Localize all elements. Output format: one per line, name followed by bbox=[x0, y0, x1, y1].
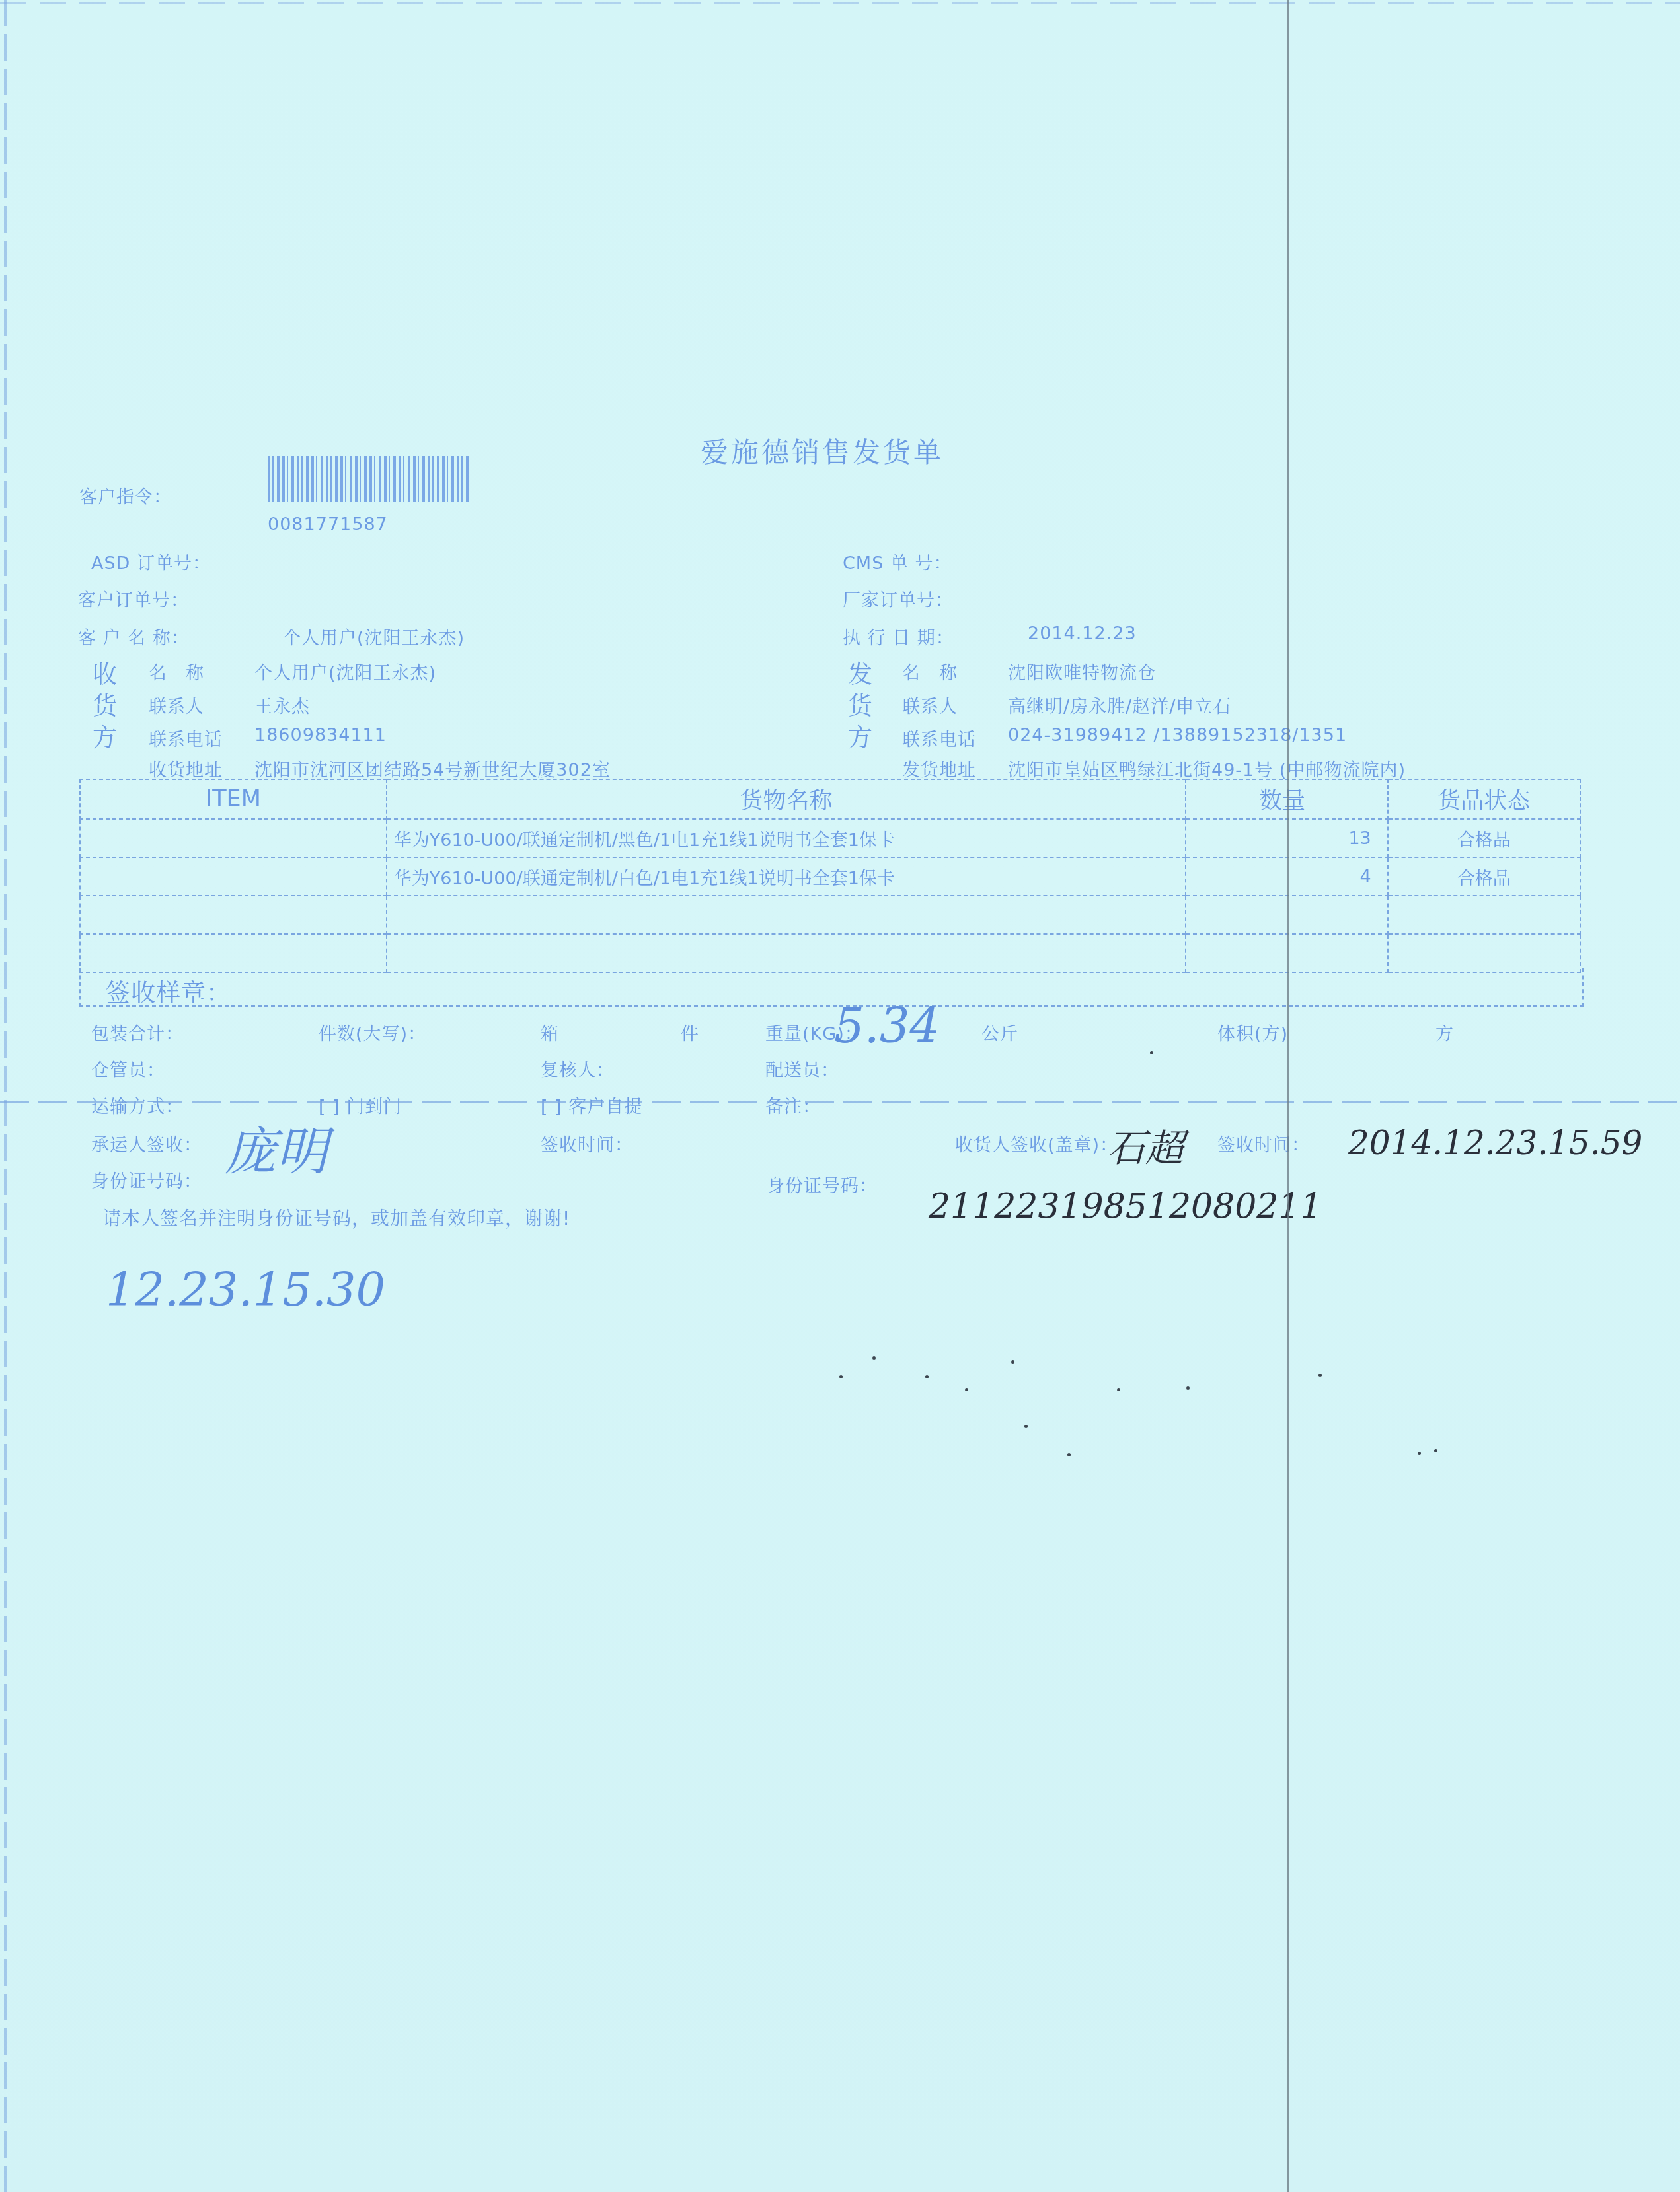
sender-phone-value: 024-31989412 /13889152318/1351 bbox=[1008, 725, 1347, 746]
receiver-id-label: 身份证号码： bbox=[767, 1171, 878, 1197]
speck bbox=[1318, 1374, 1322, 1377]
sign-sample-row bbox=[79, 968, 1584, 1007]
carrier-signature: 庞明 bbox=[225, 1111, 328, 1185]
remark-label: 备注： bbox=[765, 1092, 821, 1118]
speck bbox=[925, 1375, 929, 1378]
box-label: 箱 bbox=[541, 1019, 559, 1045]
table-row bbox=[80, 896, 1580, 934]
row-status bbox=[1388, 934, 1580, 972]
barcode-label: 客户指令： bbox=[79, 483, 172, 508]
receiver-contact-value: 王永杰 bbox=[254, 692, 310, 718]
speck bbox=[839, 1375, 843, 1378]
table-row: 华为Y610-U00/联通定制机/黑色/1电1充1线1说明书全套1保卡 13 合… bbox=[80, 819, 1580, 857]
exec-date-label: 执 行 日 期： bbox=[843, 623, 954, 649]
warehouse-label: 仓管员： bbox=[91, 1056, 165, 1081]
goods-table-header: ITEM 货物名称 数量 货品状态 bbox=[80, 779, 1580, 819]
speck bbox=[965, 1388, 968, 1391]
sender-side-char-2: 货 bbox=[848, 686, 873, 722]
carrier-id-label: 身份证号码： bbox=[91, 1167, 202, 1193]
receiver-side-char-3: 方 bbox=[93, 718, 118, 754]
row-item bbox=[80, 896, 387, 934]
sign-sample-label: 签收样章： bbox=[106, 973, 231, 1009]
barcode-image bbox=[268, 456, 469, 502]
volume-unit: 方 bbox=[1435, 1019, 1454, 1045]
transport-label: 运输方式： bbox=[91, 1092, 184, 1118]
row-status: 合格品 bbox=[1388, 857, 1580, 896]
perforation-top bbox=[0, 2, 1680, 4]
sender-side-char-3: 方 bbox=[848, 718, 873, 754]
factory-order-label: 厂家订单号： bbox=[843, 586, 954, 611]
receiver-address-value: 沈阳市沈河区团结路54号新世纪大厦302室 bbox=[254, 756, 611, 781]
row-status: 合格品 bbox=[1388, 819, 1580, 857]
receiver-sign-label: 收货人签收(盖章)： bbox=[955, 1130, 1118, 1156]
speck bbox=[1150, 1051, 1153, 1054]
receiver-name-label: 名 称 bbox=[149, 658, 204, 684]
perforation-left bbox=[4, 0, 7, 2192]
pack-total-label: 包装合计： bbox=[91, 1019, 184, 1045]
header-item: ITEM bbox=[80, 779, 387, 819]
vertical-fold-line bbox=[1287, 0, 1289, 2192]
row-goods-name: 华为Y610-U00/联通定制机/黑色/1电1充1线1说明书全套1保卡 bbox=[387, 819, 1186, 857]
speck bbox=[1024, 1425, 1028, 1428]
receiver-side-char-2: 货 bbox=[93, 686, 118, 722]
document-title: 爱施德销售发货单 bbox=[701, 431, 944, 471]
barcode-number: 0081771587 bbox=[268, 514, 388, 535]
speck bbox=[872, 1356, 876, 1360]
receiver-sign-time-label: 签收时间： bbox=[1217, 1130, 1310, 1156]
receiver-signature: 石超 bbox=[1107, 1117, 1184, 1173]
receiver-contact-label: 联系人 bbox=[149, 692, 204, 718]
row-goods-name bbox=[387, 934, 1186, 972]
customer-pickup-option[interactable]: [ ] 客户自提 bbox=[541, 1092, 642, 1118]
row-item bbox=[80, 934, 387, 972]
horizontal-fold-line bbox=[0, 1101, 1680, 1103]
receiver-address-label: 收货地址 bbox=[149, 756, 223, 781]
table-row: 华为Y610-U00/联通定制机/白色/1电1充1线1说明书全套1保卡 4 合格… bbox=[80, 857, 1580, 896]
row-item bbox=[80, 819, 387, 857]
customer-name-value: 个人用户(沈阳王永杰) bbox=[283, 623, 465, 649]
row-goods-name: 华为Y610-U00/联通定制机/白色/1电1充1线1说明书全套1保卡 bbox=[387, 857, 1186, 896]
speck bbox=[1067, 1453, 1071, 1456]
sender-name-label: 名 称 bbox=[902, 658, 958, 684]
signature-notice: 请本人签名并注明身份证号码，或加盖有效印章，谢谢! bbox=[102, 1204, 570, 1231]
header-goods-name: 货物名称 bbox=[387, 779, 1186, 819]
table-row bbox=[80, 934, 1580, 972]
receiver-id-value: 211223198512080211 bbox=[929, 1187, 1322, 1226]
kg-label: 公斤 bbox=[981, 1019, 1018, 1045]
speck bbox=[1186, 1386, 1190, 1390]
carrier-sign-time-label: 签收时间： bbox=[541, 1130, 633, 1156]
volume-label: 体积(方) bbox=[1217, 1019, 1288, 1045]
row-item bbox=[80, 857, 387, 896]
delivery-label: 配送员： bbox=[765, 1056, 839, 1081]
speck bbox=[1117, 1388, 1120, 1391]
reviewer-label: 复核人： bbox=[541, 1056, 615, 1081]
receiver-name-value: 个人用户(沈阳王永杰) bbox=[254, 658, 436, 684]
handwritten-time: 12.23.15.30 bbox=[106, 1263, 385, 1317]
row-status bbox=[1388, 896, 1580, 934]
goods-table: ITEM 货物名称 数量 货品状态 华为Y610-U00/联通定制机/黑色/1电… bbox=[79, 779, 1581, 973]
speck bbox=[1434, 1449, 1437, 1452]
row-goods-name bbox=[387, 896, 1186, 934]
customer-order-label: 客户订单号： bbox=[78, 586, 189, 611]
pieces-upper-label: 件数(大写)： bbox=[319, 1019, 426, 1045]
customer-name-label: 客 户 名 称： bbox=[78, 623, 190, 649]
speck bbox=[1418, 1452, 1421, 1455]
door-to-door-option[interactable]: [ ] 门到门 bbox=[319, 1092, 402, 1118]
sender-name-value: 沈阳欧唯特物流仓 bbox=[1008, 658, 1156, 684]
exec-date-value: 2014.12.23 bbox=[1028, 623, 1137, 644]
sender-side-char-1: 发 bbox=[848, 654, 873, 690]
cms-label: CMS 单 号： bbox=[843, 549, 952, 574]
receiver-phone-value: 18609834111 bbox=[254, 725, 387, 746]
piece-label: 件 bbox=[681, 1019, 699, 1045]
speck bbox=[1011, 1360, 1014, 1364]
receiver-sign-time-value: 2014.12.23.15.59 bbox=[1348, 1124, 1642, 1162]
weight-handwritten: 5.34 bbox=[834, 998, 940, 1054]
header-status: 货品状态 bbox=[1388, 779, 1580, 819]
asd-order-label: ASD 订单号： bbox=[91, 549, 211, 574]
paper-background bbox=[0, 0, 1680, 2192]
sender-contact-value: 高继明/房永胜/赵洋/申立石 bbox=[1008, 692, 1231, 718]
sender-contact-label: 联系人 bbox=[902, 692, 958, 718]
receiver-side-char-1: 收 bbox=[93, 654, 118, 690]
receiver-phone-label: 联系电话 bbox=[149, 725, 223, 751]
sender-address-value: 沈阳市皇姑区鸭绿江北街49-1号 (中邮物流院内) bbox=[1008, 756, 1406, 781]
carrier-sign-label: 承运人签收： bbox=[91, 1130, 202, 1156]
sender-address-label: 发货地址 bbox=[902, 756, 976, 781]
sender-phone-label: 联系电话 bbox=[902, 725, 976, 751]
